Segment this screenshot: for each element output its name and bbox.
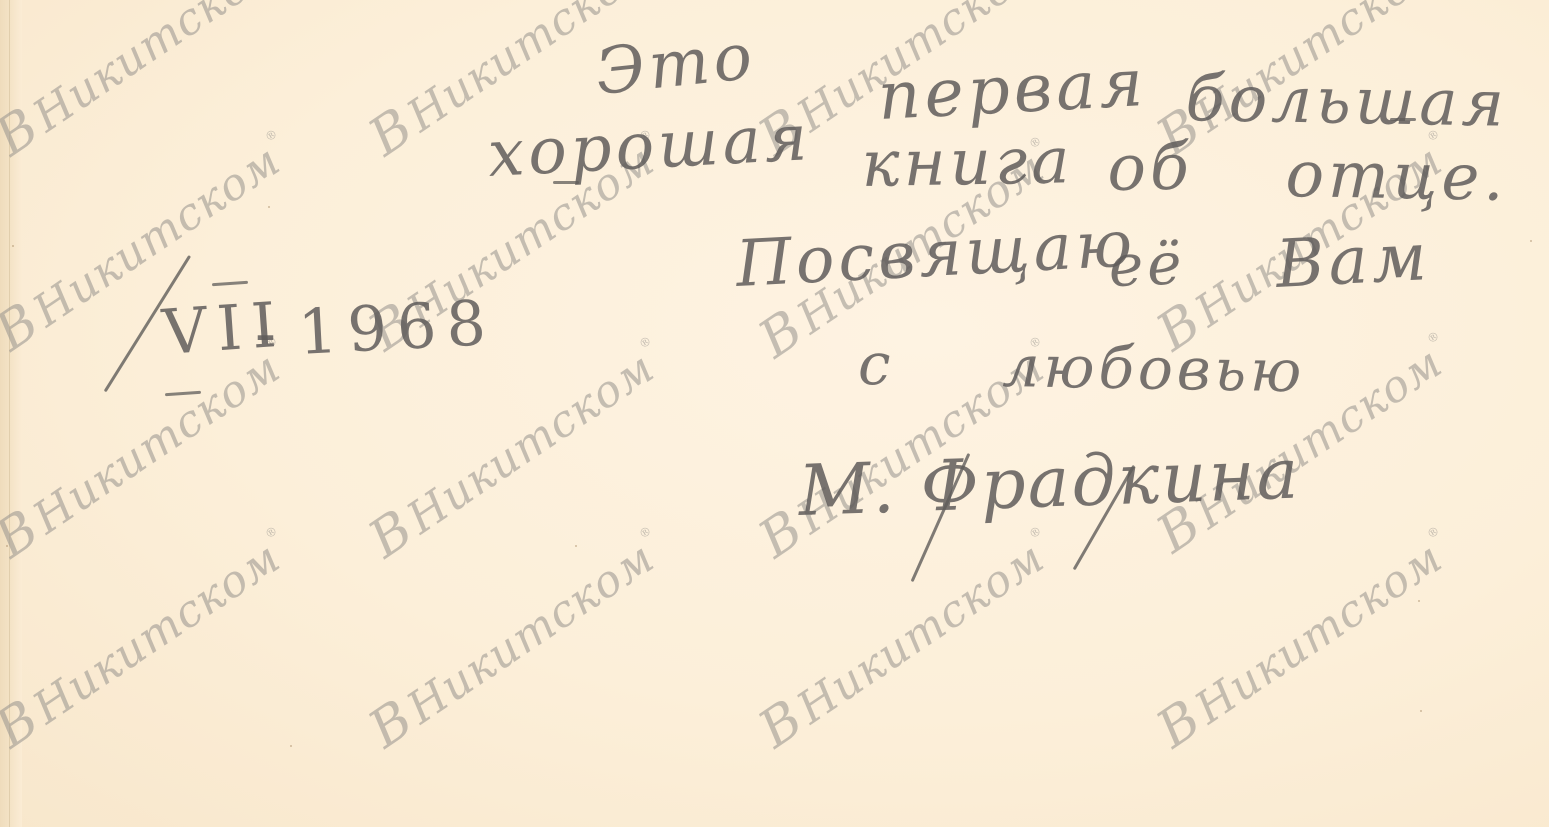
inscription-word: отце.	[1285, 138, 1508, 216]
month-underline	[165, 391, 201, 397]
watermark-prefix: В	[1146, 688, 1212, 760]
paper-speck	[1530, 240, 1532, 242]
paper-speck	[575, 545, 577, 547]
watermark: ВНикитском®	[1146, 518, 1465, 760]
watermark-text: Никитском	[24, 342, 290, 544]
watermark-prefix: В	[358, 498, 424, 570]
watermark: ВНикитском®	[0, 0, 303, 168]
registered-mark-icon: ®	[636, 523, 655, 542]
letter-underline	[553, 181, 579, 184]
paper-speck	[290, 745, 292, 747]
registered-mark-icon: ®	[1424, 523, 1443, 542]
watermark-prefix: В	[358, 688, 424, 760]
paper-speck	[6, 545, 8, 547]
inscription-word: Вам	[1274, 218, 1432, 303]
watermark: ВНикитском®	[748, 518, 1067, 760]
gutter-fold-line	[9, 0, 10, 827]
watermark-prefix: В	[358, 96, 424, 168]
watermark-text: Никитском	[24, 532, 290, 734]
inscription-word: первая	[876, 44, 1149, 135]
month-overline	[212, 281, 248, 287]
inscription-word: с	[858, 330, 894, 398]
watermark-text: Никитском	[24, 0, 290, 142]
watermark: ВНикитском®	[358, 518, 677, 760]
paper-speck	[1418, 600, 1420, 602]
inscription-word: большая	[1185, 62, 1509, 142]
inscription-word: книга	[861, 124, 1074, 202]
watermark-text: Никитском	[1186, 532, 1452, 734]
signature: М. Фрадкина	[797, 433, 1301, 532]
watermark-prefix: В	[748, 688, 814, 760]
watermark-text: Никитском	[398, 532, 664, 734]
registered-mark-icon: ®	[262, 126, 281, 145]
inscription-word: Это	[592, 20, 759, 110]
inscription-word: об	[1107, 131, 1194, 206]
book-page: ВНикитском® ВНикитском® ВНикитском® ВНик…	[0, 0, 1549, 827]
watermark-text: Никитском	[398, 342, 664, 544]
registered-mark-icon: ®	[1026, 523, 1045, 542]
registered-mark-icon: ®	[636, 333, 655, 352]
book-gutter-shadow	[0, 0, 22, 827]
inscription-word: Посвящаю	[734, 207, 1138, 302]
registered-mark-icon: ®	[1424, 328, 1443, 347]
inscription-word: её	[1108, 229, 1187, 300]
letter-underline	[1390, 118, 1416, 121]
watermark-prefix: В	[748, 298, 814, 370]
paper-speck	[12, 245, 14, 247]
watermark: ВНикитском®	[358, 328, 677, 570]
registered-mark-icon: ®	[262, 523, 281, 542]
paper-speck	[1420, 710, 1422, 712]
inscription-word: хорошая	[486, 101, 813, 192]
date-year: 1968	[296, 286, 497, 369]
paper-speck	[268, 206, 270, 208]
date-separator: -	[255, 296, 286, 369]
watermark: ВНикитском®	[0, 518, 303, 760]
inscription-word: любовью	[1002, 332, 1306, 405]
